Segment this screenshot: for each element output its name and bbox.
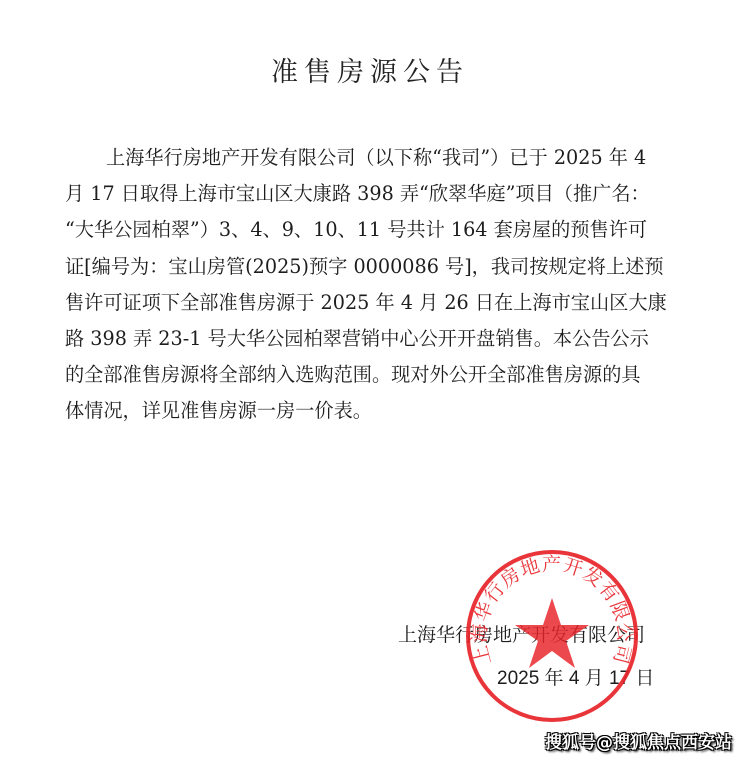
body-line: 的全部准售房源将全部纳入选购范围。现对外公开全部准售房源的具 (65, 357, 675, 393)
svg-text:上海华行房地产开发有限公司: 上海华行房地产开发有限公司 (469, 554, 636, 667)
body-line: 路 398 弄 23-1 号大华公园柏翠营销中心公开开盘销售。本公告公示 (65, 321, 675, 357)
signer-company: 上海华行房地产开发有限公司 (398, 620, 645, 647)
body-line: 证[编号为：宝山房管(2025)预字 0000086 号]，我司按规定将上述预 (65, 249, 675, 285)
body-line: 月 17 日取得上海市宝山区大康路 398 弄“欣翠华庭”项目（推广名： (65, 176, 675, 212)
document-title: 准售房源公告 (0, 50, 740, 89)
announcement-body: 上海华行房地产开发有限公司（以下称“我司”）已于 2025 年 4 月 17 日… (65, 140, 675, 430)
body-line: 售许可证项下全部准售房源于 2025 年 4 月 26 日在上海市宝山区大康 (65, 285, 675, 321)
body-line: 上海华行房地产开发有限公司（以下称“我司”）已于 2025 年 4 (65, 140, 675, 176)
source-watermark: 搜狐号@搜狐焦点西安站 (545, 728, 732, 753)
signature-date: 2025 年 4 月 17 日 (497, 663, 654, 690)
seal-text: 上海华行房地产开发有限公司 (469, 554, 636, 667)
body-line: “大华公园柏翠”）3、4、9、10、11 号共计 164 套房屋的预售许可 (65, 212, 675, 248)
body-line: 体情况，详见准售房源一房一价表。 (65, 393, 675, 429)
